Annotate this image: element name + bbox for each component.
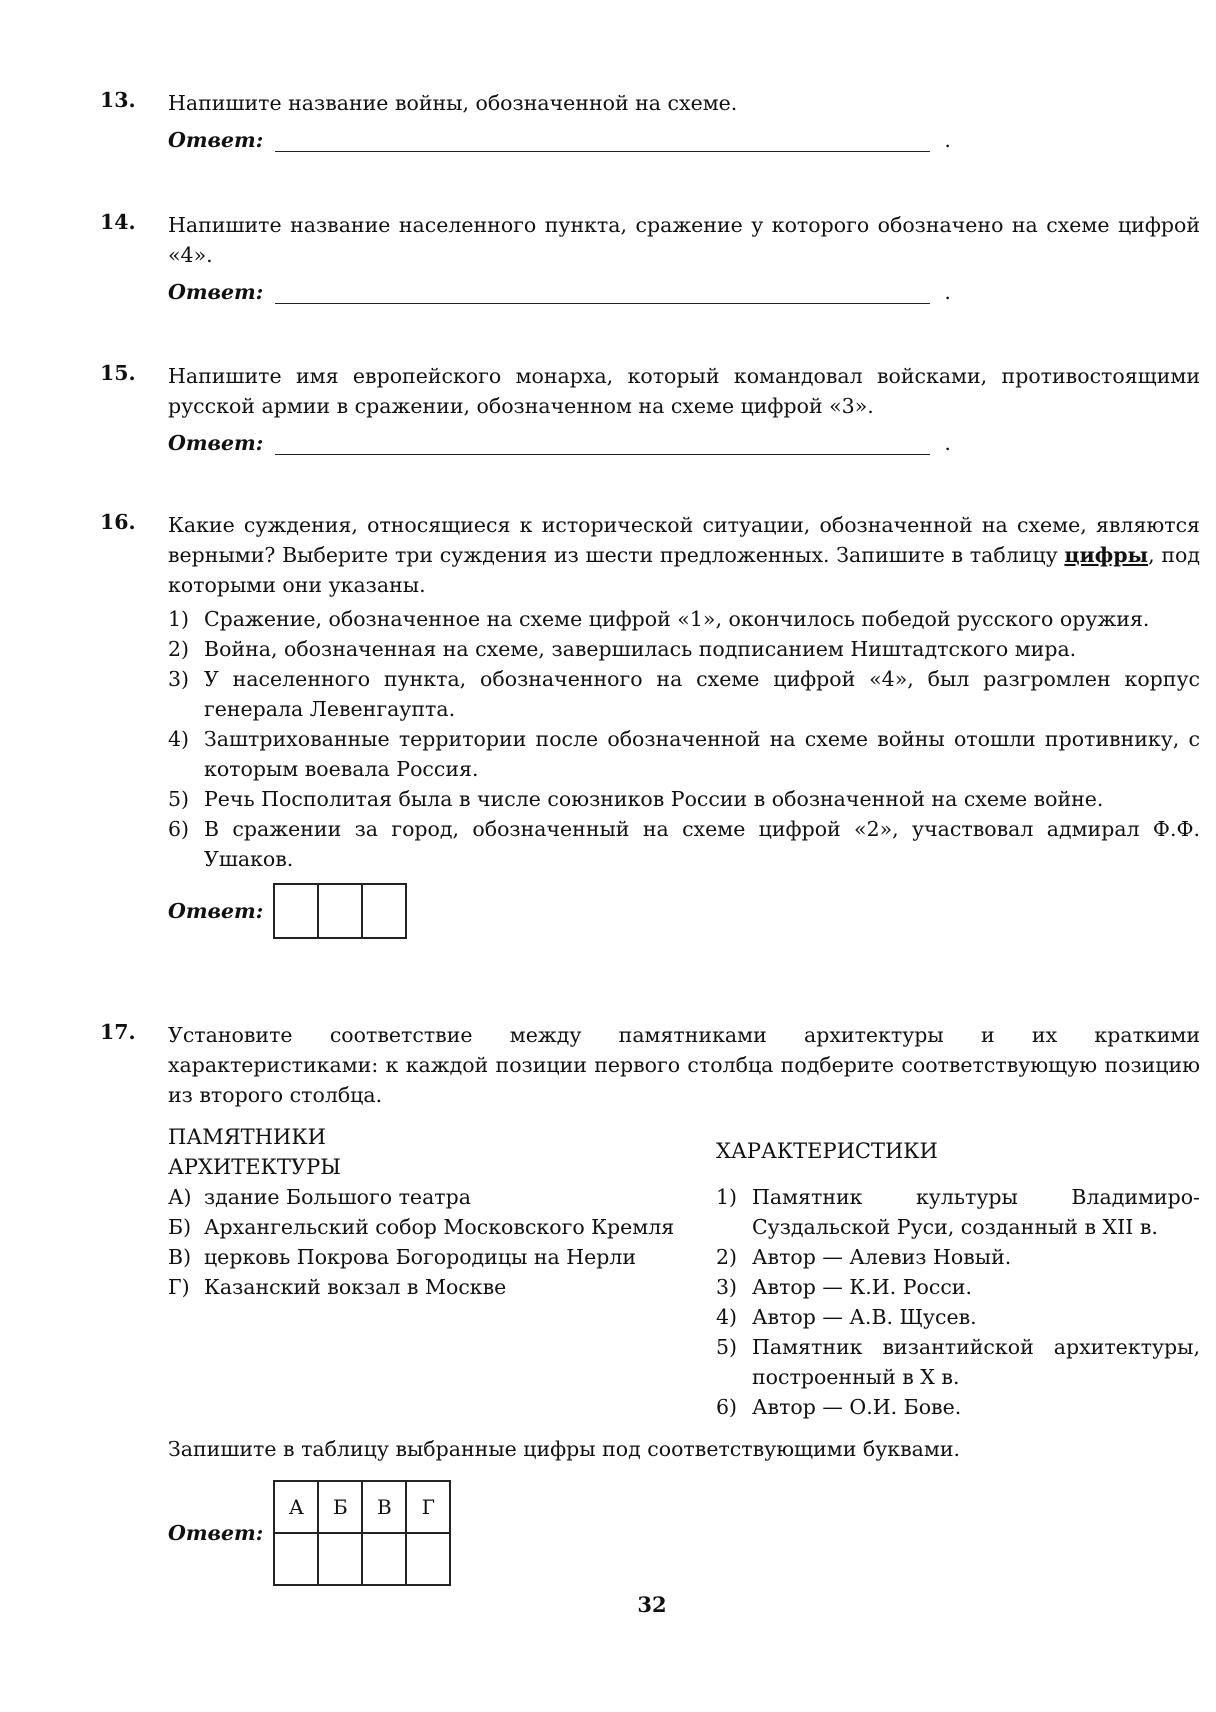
table-header-cell: Г — [406, 1481, 450, 1533]
instruction-text: Запишите в таблицу выбранные цифры под с… — [168, 1434, 1200, 1464]
question-number: 15. — [100, 361, 160, 385]
question-text: Какие суждения, относящиеся к историческ… — [168, 510, 1200, 600]
item-marker: 3) — [168, 664, 204, 724]
answer-row: Ответ: АБВГ — [168, 1478, 1200, 1588]
option-item: 1)Сражение, обозначенное на схеме цифрой… — [168, 604, 1200, 634]
question-text: Напишите название населенного пункта, ср… — [168, 210, 1200, 270]
item-marker: 1) — [168, 604, 204, 634]
item-text: Памятник византийской архитектуры, постр… — [752, 1332, 1200, 1392]
option-item: 3)У населенного пункта, обозначенного на… — [168, 664, 1200, 724]
answer-cell[interactable] — [319, 885, 363, 937]
item-marker: 5) — [168, 784, 204, 814]
answer-field[interactable] — [275, 432, 930, 455]
answer-table-header: АБВГ — [274, 1481, 450, 1533]
question-14: 14. Напишите название населенного пункта… — [100, 210, 1200, 312]
answer-label: Ответ: — [168, 431, 263, 455]
table-header-cell: Б — [318, 1481, 362, 1533]
answer-cell[interactable] — [363, 885, 405, 937]
answer-row: Ответ: . — [168, 272, 1200, 312]
item-text: Сражение, обозначенное на схеме цифрой «… — [204, 604, 1200, 634]
question-13: 13. Напишите название войны, обозначенно… — [100, 88, 1200, 160]
page-number: 32 — [44, 1592, 1216, 1617]
question-number: 13. — [100, 88, 160, 112]
table-header-cell: А — [274, 1481, 318, 1533]
question-16: 16. Какие суждения, относящиеся к истори… — [100, 510, 1200, 940]
monument-item: А)здание Большого театра — [168, 1182, 716, 1212]
answer-label: Ответ: — [168, 280, 263, 304]
item-text: Автор — К.И. Росси. — [752, 1272, 1200, 1302]
option-item: 4)Заштрихованные территории после обозна… — [168, 724, 1200, 784]
characteristic-item: 6)Автор — О.И. Бове. — [716, 1392, 1200, 1422]
table-header-cell: В — [362, 1481, 406, 1533]
emphasized-word: цифры — [1064, 543, 1148, 567]
item-marker: 2) — [716, 1242, 752, 1272]
question-number: 14. — [100, 210, 160, 234]
answer-field[interactable] — [275, 129, 930, 152]
item-marker: Г) — [168, 1272, 204, 1302]
right-items: 1)Памятник культуры Владимиро-Суздальско… — [716, 1182, 1200, 1422]
question-text: Установите соответствие между памятникам… — [168, 1020, 1200, 1110]
monument-item: Б)Архангельский собор Московского Кремля — [168, 1212, 716, 1242]
answer-cell[interactable] — [275, 885, 319, 937]
item-text: В сражении за город, обозначенный на схе… — [204, 814, 1200, 874]
option-item: 2)Война, обозначенная на схеме, завершил… — [168, 634, 1200, 664]
answer-cell[interactable] — [318, 1533, 362, 1585]
option-item: 6)В сражении за город, обозначенный на с… — [168, 814, 1200, 874]
item-text: Заштрихованные территории после обозначе… — [204, 724, 1200, 784]
question-17: 17. Установите соответствие между памятн… — [100, 1020, 1200, 1588]
item-text: Автор — А.В. Щусев. — [752, 1302, 1200, 1332]
item-text: Памятник культуры Владимиро-Суздальской … — [752, 1182, 1200, 1242]
characteristic-item: 4)Автор — А.В. Щусев. — [716, 1302, 1200, 1332]
right-column-heading: ХАРАКТЕРИСТИКИ — [716, 1136, 1200, 1166]
item-marker: 1) — [716, 1182, 752, 1242]
answer-row: Ответ: . — [168, 423, 1200, 463]
matching-columns: ПАМЯТНИКИ АРХИТЕКТУРЫ А)здание Большого … — [168, 1122, 1200, 1422]
characteristic-item: 3)Автор — К.И. Росси. — [716, 1272, 1200, 1302]
answer-period: . — [944, 280, 951, 304]
question-text: Напишите название войны, обозначенной на… — [168, 88, 1200, 118]
answer-label: Ответ: — [168, 1521, 263, 1545]
item-text: У населенного пункта, обозначенного на с… — [204, 664, 1200, 724]
item-marker: 6) — [716, 1392, 752, 1422]
item-marker: 2) — [168, 634, 204, 664]
answer-boxes — [273, 883, 407, 939]
options-list: 1)Сражение, обозначенное на схеме цифрой… — [168, 604, 1200, 874]
item-marker: 5) — [716, 1332, 752, 1392]
answer-table: АБВГ — [273, 1480, 451, 1586]
answer-label: Ответ: — [168, 128, 263, 152]
characteristic-item: 1)Памятник культуры Владимиро-Суздальско… — [716, 1182, 1200, 1242]
item-marker: 4) — [716, 1302, 752, 1332]
item-marker: В) — [168, 1242, 204, 1272]
option-item: 5)Речь Посполитая была в числе союзников… — [168, 784, 1200, 814]
question-text: Напишите имя европейского монарха, котор… — [168, 361, 1200, 421]
left-column-heading: ПАМЯТНИКИ — [168, 1122, 716, 1152]
answer-cell[interactable] — [406, 1533, 450, 1585]
item-text: церковь Покрова Богородицы на Нерли — [204, 1242, 716, 1272]
item-marker: 3) — [716, 1272, 752, 1302]
item-marker: А) — [168, 1182, 204, 1212]
characteristic-item: 2)Автор — Алевиз Новый. — [716, 1242, 1200, 1272]
answer-cell[interactable] — [274, 1533, 318, 1585]
item-marker: 4) — [168, 724, 204, 784]
question-text-part: Какие суждения, относящиеся к историческ… — [168, 513, 1200, 567]
item-text: Война, обозначенная на схеме, завершилас… — [204, 634, 1200, 664]
item-text: Автор — О.И. Бове. — [752, 1392, 1200, 1422]
item-text: Архангельский собор Московского Кремля — [204, 1212, 716, 1242]
question-15: 15. Напишите имя европейского монарха, к… — [100, 361, 1200, 463]
answer-field[interactable] — [275, 281, 930, 304]
answer-row: Ответ: — [168, 882, 1200, 940]
item-marker: 6) — [168, 814, 204, 874]
right-column: ХАРАКТЕРИСТИКИ 1)Памятник культуры Влади… — [716, 1122, 1200, 1422]
monument-item: В)церковь Покрова Богородицы на Нерли — [168, 1242, 716, 1272]
item-marker: Б) — [168, 1212, 204, 1242]
question-number: 17. — [100, 1020, 160, 1044]
characteristic-item: 5)Памятник византийской архитектуры, пос… — [716, 1332, 1200, 1392]
monument-item: Г)Казанский вокзал в Москве — [168, 1272, 716, 1302]
answer-period: . — [944, 128, 951, 152]
question-number: 16. — [100, 510, 160, 534]
answer-table-values — [274, 1533, 450, 1585]
item-text: Речь Посполитая была в числе союзников Р… — [204, 784, 1200, 814]
item-text: Автор — Алевиз Новый. — [752, 1242, 1200, 1272]
left-items: А)здание Большого театраБ)Архангельский … — [168, 1182, 716, 1302]
left-column: ПАМЯТНИКИ АРХИТЕКТУРЫ А)здание Большого … — [168, 1122, 716, 1422]
exam-page: 13. Напишите название войны, обозначенно… — [0, 0, 1216, 1712]
item-text: здание Большого театра — [204, 1182, 716, 1212]
answer-cell[interactable] — [362, 1533, 406, 1585]
left-column-heading: АРХИТЕКТУРЫ — [168, 1152, 716, 1182]
answer-period: . — [944, 431, 951, 455]
answer-label: Ответ: — [168, 899, 263, 923]
item-text: Казанский вокзал в Москве — [204, 1272, 716, 1302]
answer-row: Ответ: . — [168, 120, 1200, 160]
